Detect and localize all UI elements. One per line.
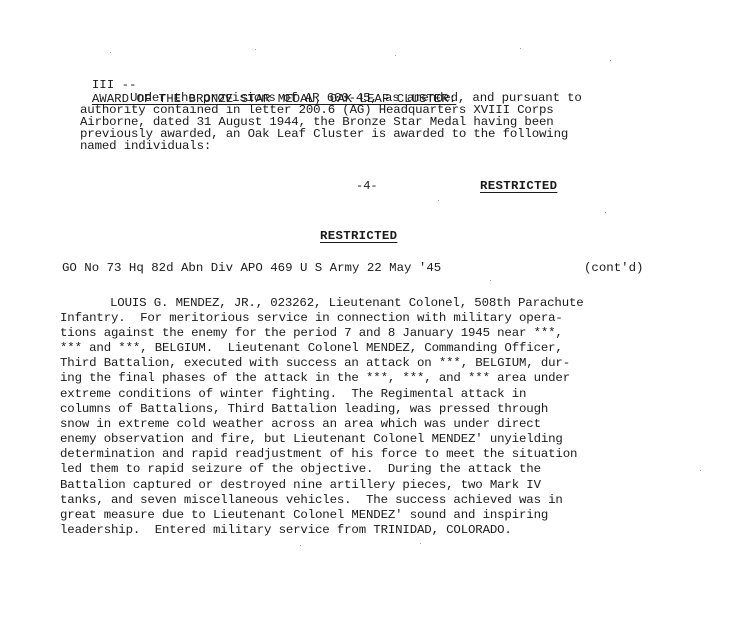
citation-line: LOUIS G. MENDEZ, JR., 023262, Lieutenant… <box>110 296 584 311</box>
order-reference: GO No 73 Hq 82d Abn Div APO 469 U S Army… <box>62 261 441 275</box>
citation-line: Battalion captured or destroyed nine art… <box>60 478 541 493</box>
section-numeral: III -- <box>92 78 137 92</box>
citation-line: leadership. Entered military service fro… <box>60 523 512 538</box>
footer-classification: RESTRICTED <box>480 179 557 193</box>
citation-line: determination and rapid readjustment of … <box>60 447 577 462</box>
citation-line: ing the final phases of the attack in th… <box>60 371 570 386</box>
continued-label: (cont'd) <box>584 261 644 275</box>
intro-line: named individuals: <box>80 139 211 154</box>
header-classification: RESTRICTED <box>320 229 397 243</box>
citation-line: columns of Battalions, Third Battalion l… <box>60 402 548 417</box>
citation-line: tions against the enemy for the period 7… <box>60 326 563 341</box>
page-number: -4- <box>356 179 378 193</box>
citation-line: extreme conditions of winter fighting. T… <box>60 387 526 402</box>
citation-line: Infantry. For meritorious service in con… <box>60 311 563 326</box>
citation-line: snow in extreme cold weather across an a… <box>60 417 541 432</box>
citation-line: enemy observation and fire, but Lieutena… <box>60 432 563 447</box>
citation-line: great measure due to Lieutenant Colonel … <box>60 508 548 523</box>
citation-line: *** and ***, BELGIUM. Lieutenant Colonel… <box>60 341 563 356</box>
citation-line: tanks, and seven miscellaneous vehicles.… <box>60 493 563 508</box>
citation-line: Third Battalion, executed with success a… <box>60 356 570 371</box>
citation-line: led them to rapid seizure of the objecti… <box>60 462 541 477</box>
